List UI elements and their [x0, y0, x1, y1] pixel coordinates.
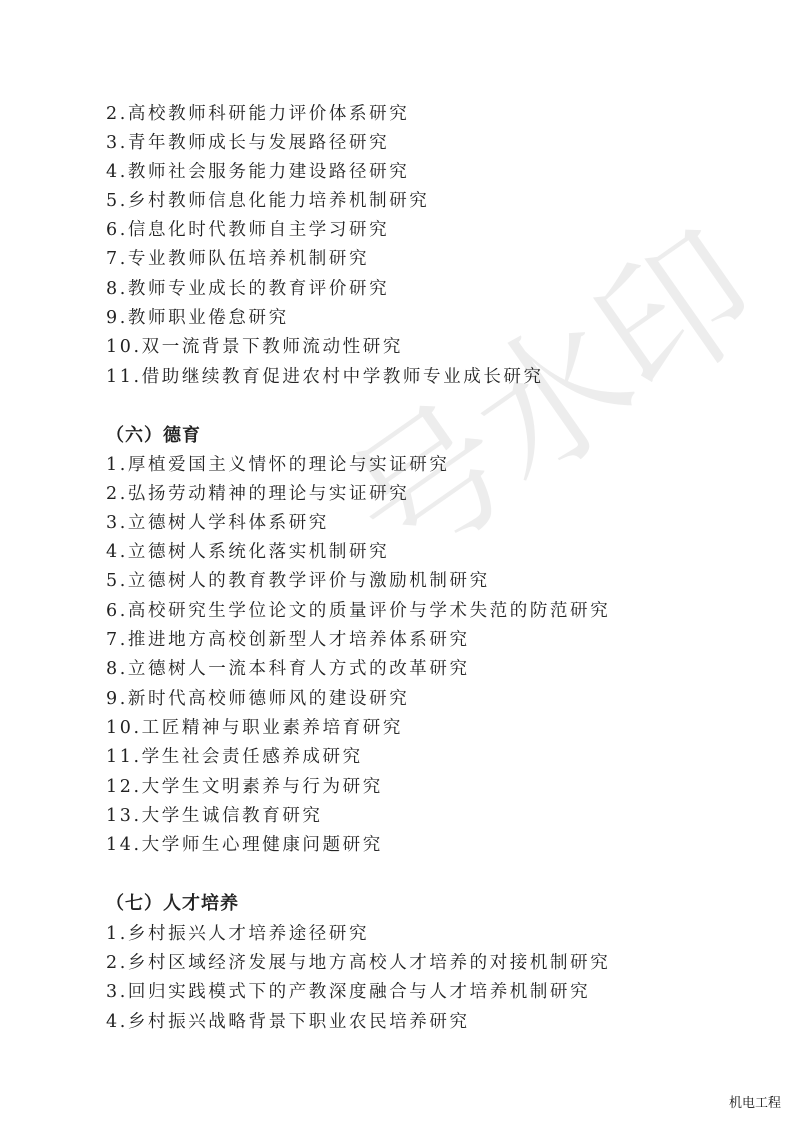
list-item: 6.信息化时代教师自主学习研究 [106, 219, 389, 241]
list-item: 7.专业教师队伍培养机制研究 [106, 248, 369, 270]
list-item: 6.高校研究生学位论文的质量评价与学术失范的防范研究 [106, 600, 610, 622]
list-item: 8.教师专业成长的教育评价研究 [106, 278, 389, 300]
list-item: 5.立德树人的教育教学评价与激励机制研究 [106, 570, 490, 592]
section-heading: （六）德育 [106, 425, 201, 447]
list-item: 11.学生社会责任感养成研究 [106, 746, 363, 768]
list-item: 3.回归实践模式下的产教深度融合与人才培养机制研究 [106, 981, 590, 1003]
list-item: 9.新时代高校师德师风的建设研究 [106, 688, 409, 710]
list-item: 3.立德树人学科体系研究 [106, 512, 329, 534]
list-item: 3.青年教师成长与发展路径研究 [106, 132, 389, 154]
list-item: 12.大学生文明素养与行为研究 [106, 776, 383, 798]
list-item: 7.推进地方高校创新型人才培养体系研究 [106, 629, 470, 651]
list-item: 4.立德树人系统化落实机制研究 [106, 541, 389, 563]
list-item: 2.乡村区域经济发展与地方高校人才培养的对接机制研究 [106, 952, 610, 974]
section-heading: （七）人才培养 [106, 893, 239, 915]
footer-label: 机电工程 [729, 1092, 781, 1111]
list-item: 10.双一流背景下教师流动性研究 [106, 336, 403, 358]
list-item: 10.工匠精神与职业素养培育研究 [106, 717, 403, 739]
list-item: 11.借助继续教育促进农村中学教师专业成长研究 [106, 366, 544, 388]
list-item: 2.弘扬劳动精神的理论与实证研究 [106, 483, 409, 505]
list-item: 4.乡村振兴战略背景下职业农民培养研究 [106, 1011, 470, 1033]
list-item: 14.大学师生心理健康问题研究 [106, 834, 383, 856]
list-item: 2.高校教师科研能力评价体系研究 [106, 103, 409, 125]
list-item: 1.乡村振兴人才培养途径研究 [106, 923, 369, 945]
list-item: 4.教师社会服务能力建设路径研究 [106, 161, 409, 183]
list-item: 9.教师职业倦怠研究 [106, 307, 289, 329]
list-item: 5.乡村教师信息化能力培养机制研究 [106, 190, 429, 212]
document-page: 号水印 2.高校教师科研能力评价体系研究 3.青年教师成长与发展路径研究 4.教… [0, 0, 793, 1122]
list-item: 13.大学生诚信教育研究 [106, 805, 323, 827]
list-item: 1.厚植爱国主义情怀的理论与实证研究 [106, 454, 450, 476]
list-item: 8.立德树人一流本科育人方式的改革研究 [106, 658, 470, 680]
